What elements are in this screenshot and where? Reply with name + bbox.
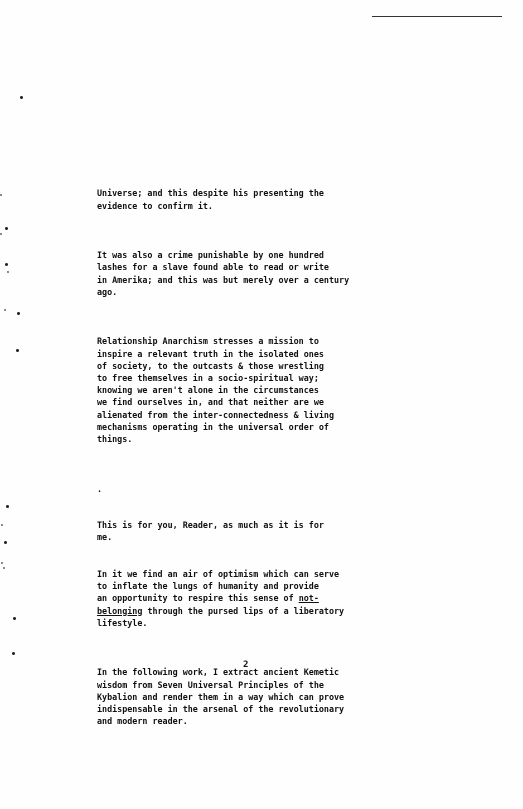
text-line: alienated from the inter-connectedness &… bbox=[97, 409, 417, 421]
page-number: 2 bbox=[243, 660, 248, 670]
text-line: we find ourselves in, and that neither a… bbox=[97, 396, 417, 408]
paragraph-3: Relationship Anarchism stresses a missio… bbox=[97, 335, 417, 445]
stray-dot: . bbox=[97, 483, 417, 495]
text-line: It was also a crime punishable by one hu… bbox=[97, 249, 417, 261]
text-line: Universe; and this despite his presentin… bbox=[97, 187, 417, 199]
underlined-word: belonging bbox=[97, 606, 142, 616]
scan-speck bbox=[12, 652, 15, 655]
text-line: inspire a relevant truth in the isolated… bbox=[97, 348, 417, 360]
body-text: Universe; and this despite his presentin… bbox=[97, 163, 417, 765]
underlined-word: not- bbox=[299, 593, 319, 603]
text-line: in Amerika; and this was but merely over… bbox=[97, 274, 417, 286]
text-line: evidence to confirm it. bbox=[97, 200, 417, 212]
scan-speck bbox=[1, 562, 3, 564]
text-span: an opportunity to respire this sense of bbox=[97, 593, 299, 603]
scan-speck bbox=[16, 349, 19, 352]
text-line: This is for you, Reader, as much as it i… bbox=[97, 519, 417, 531]
text-line: In the following work, I extract ancient… bbox=[97, 666, 417, 678]
text-line: mechanisms operating in the universal or… bbox=[97, 421, 417, 433]
paragraph-5: In it we find an air of optimism which c… bbox=[97, 568, 417, 629]
text-line: belonging through the pursed lips of a l… bbox=[97, 605, 417, 617]
scan-speck bbox=[4, 541, 7, 544]
paragraph-2: It was also a crime punishable by one hu… bbox=[97, 249, 417, 298]
text-line: to free themselves in a socio-spiritual … bbox=[97, 372, 417, 384]
scan-speck bbox=[13, 617, 16, 620]
text-line: to inflate the lungs of humanity and pro… bbox=[97, 580, 417, 592]
paragraph-1: Universe; and this despite his presentin… bbox=[97, 187, 417, 211]
scan-speck bbox=[5, 263, 8, 266]
text-line: indispensable in the arsenal of the revo… bbox=[97, 703, 417, 715]
text-line: of society, to the outcasts & those wres… bbox=[97, 360, 417, 372]
text-line: me. bbox=[97, 531, 417, 543]
scan-speck bbox=[1, 524, 3, 526]
scan-speck bbox=[17, 312, 20, 315]
text-line: Relationship Anarchism stresses a missio… bbox=[97, 335, 417, 347]
text-line: and modern reader. bbox=[97, 715, 417, 727]
scan-speck bbox=[6, 505, 9, 508]
text-line: things. bbox=[97, 433, 417, 445]
text-line: lashes for a slave found able to read or… bbox=[97, 261, 417, 273]
header-rule bbox=[372, 16, 502, 17]
text-line: wisdom from Seven Universal Principles o… bbox=[97, 679, 417, 691]
scan-speck bbox=[7, 271, 9, 273]
paragraph-4: This is for you, Reader, as much as it i… bbox=[97, 519, 417, 543]
document-page: Universe; and this despite his presentin… bbox=[0, 0, 523, 809]
scan-speck bbox=[3, 567, 5, 569]
scan-speck bbox=[5, 227, 8, 230]
text-line: knowing we aren't alone in the circumsta… bbox=[97, 384, 417, 396]
scan-speck bbox=[4, 309, 6, 311]
scan-speck bbox=[0, 194, 2, 196]
text-line: ago. bbox=[97, 286, 417, 298]
scan-speck bbox=[0, 233, 2, 235]
text-line: lifestyle. bbox=[97, 617, 417, 629]
scan-speck bbox=[20, 96, 23, 99]
text-line: Kybalion and render them in a way which … bbox=[97, 691, 417, 703]
paragraph-6: In the following work, I extract ancient… bbox=[97, 666, 417, 727]
text-line: an opportunity to respire this sense of … bbox=[97, 592, 417, 604]
text-span: through the pursed lips of a liberatory bbox=[147, 606, 344, 616]
text-line: In it we find an air of optimism which c… bbox=[97, 568, 417, 580]
